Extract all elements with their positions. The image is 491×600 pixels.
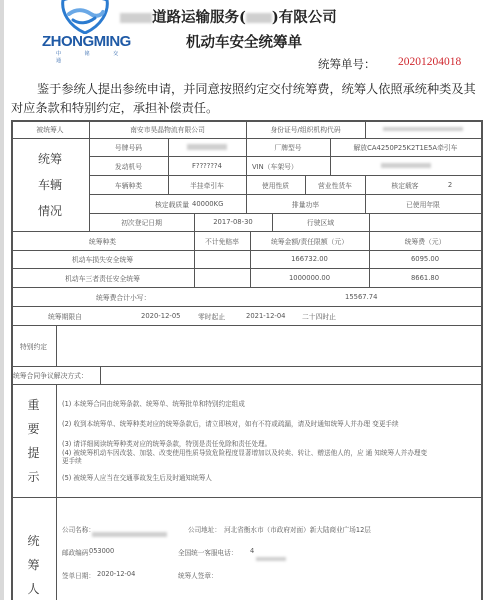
issuer-address-value: 河北省衡水市（市政府对面）新大陆商业广场12层: [224, 524, 371, 534]
insured-label: 被统筹人: [11, 120, 89, 138]
issuer-hotline-value: 4: [250, 547, 254, 555]
vin-value: [330, 156, 481, 175]
notice-item: (2) 收到本统筹单、统筹种类对应的统筹条款后，请立即核对，如有不符或疏漏，请及…: [62, 418, 399, 428]
period-label: 统筹期限自: [48, 306, 108, 325]
coverage-row-type: 机动车三者责任安全统筹: [11, 268, 194, 287]
period-start-suffix: 零时起止: [198, 306, 238, 325]
notice-item: (5) 被统筹人应当在交通事故发生后及时通知统筹人: [62, 472, 212, 482]
issuer-company-label: 公司名称：: [62, 524, 95, 534]
dispute-label: 统筹合同争议解决方式：: [11, 366, 98, 384]
redacted-region: [92, 532, 167, 537]
vehicle-section-label: 统筹 车辆 情况: [11, 138, 89, 231]
plate-label: 号牌号码: [89, 138, 168, 156]
id-label: 身份证号/组织机构代码: [246, 120, 365, 138]
issuer-address-label: 公司地址：: [188, 524, 221, 534]
notice-item: (4) 被统筹机动车因改装、加装、改变使用性质导致危险程度显著增加以及转卖、转让…: [62, 447, 427, 457]
issuer-label-char: 筹: [27, 553, 39, 577]
logo-sub-text: 中 铭 交 通: [56, 50, 135, 64]
coverage-header-deductible: 不计免赔率: [194, 231, 250, 250]
insured-name: 南安市昊晶物流有限公司: [89, 120, 246, 138]
coverage-row-deductible: [194, 268, 250, 287]
issuer-label-char: 人: [27, 577, 39, 600]
period-end: 2021-12-04: [246, 306, 296, 325]
notice-label-char: 要: [27, 417, 39, 441]
engine-value: F??????4: [168, 156, 246, 175]
coverage-row-type: 机动车损失安全统筹: [11, 250, 194, 268]
redacted-region: [256, 557, 286, 561]
mass-value: 40000KG: [192, 194, 242, 213]
type-label: 车辆种类: [89, 175, 168, 194]
company-name-suffix: )有限公司: [272, 9, 337, 26]
issuer-hotline-label: 全国统一客服电话：: [178, 547, 237, 557]
dispute-value[interactable]: [101, 366, 481, 384]
company-name: 道路运输服务()有限公司: [120, 6, 337, 27]
vehicle-label-line2: 车辆: [38, 172, 62, 198]
vin-label: VIN（车架号）: [246, 156, 336, 175]
reg-date-value: 2017-08-30: [194, 213, 272, 231]
vehicle-label-line3: 情况: [38, 198, 62, 224]
area-value: [369, 213, 481, 231]
redacted-region: [187, 144, 227, 150]
notice-label-char: 示: [27, 465, 39, 489]
period-end-suffix: 二十四时止: [302, 306, 352, 325]
vehicle-label-line1: 统筹: [38, 146, 62, 172]
issuer-date-value: 2020-12-04: [97, 570, 135, 578]
seats-value: 2: [440, 175, 460, 194]
doc-number-label: 统筹单号：: [318, 56, 376, 72]
redacted-region: [120, 13, 152, 23]
engine-label: 发动机号: [89, 156, 168, 175]
handshake-shield-icon: [55, 0, 115, 34]
total-value: 15567.74: [345, 287, 395, 306]
use-label: 使用性质: [246, 175, 305, 194]
mass-label: 核定载质量: [89, 194, 191, 213]
redacted-region: [381, 163, 431, 168]
id-value: [365, 120, 481, 138]
issuer-label: 统 筹 人: [11, 525, 56, 600]
coverage-header-amount: 统筹金额/责任限额（元）: [250, 231, 369, 250]
notice-item-continued: 更手续: [62, 455, 82, 465]
seats-label: 核定载客: [365, 175, 445, 194]
logo-brand-text: ZHONGMING: [42, 33, 131, 50]
period-start: 2020-12-05: [141, 306, 191, 325]
coverage-header-fee: 统筹费（元）: [369, 231, 481, 250]
issuer-company-value: [92, 524, 167, 543]
coverage-row-fee: 8661.80: [369, 268, 481, 287]
issuer-postcode-value: 053000: [89, 547, 114, 555]
intro-paragraph: 鉴于参统人提出参统申请，并同意按照约定交付统筹费，统筹人依照承统种类及其对应条款…: [11, 80, 481, 118]
reg-date-label: 初次登记日期: [89, 213, 194, 231]
coverage-header-type: 统筹种类: [11, 231, 194, 250]
coverage-row-amount: 1000000.00: [250, 268, 369, 287]
issuer-date-label: 签单日期：: [62, 570, 95, 580]
notice-item: (1) 本统筹合同由统筹条款、统筹单、统筹批单和特别约定组成: [62, 398, 245, 408]
power-label: 排量功率: [246, 194, 365, 213]
model-value: 解放CA4250P25K2T1E5A牵引车: [330, 138, 481, 156]
type-value: 半挂牵引车: [168, 175, 246, 194]
issuer-seal-label: 统筹人签章：: [178, 570, 218, 580]
notice-label: 重 要 提 示: [11, 384, 56, 497]
use-value: 营业性货车: [305, 175, 365, 194]
page-edge: [0, 0, 4, 600]
special-value[interactable]: [57, 325, 481, 366]
redacted-region: [246, 13, 272, 23]
company-name-main: 道路运输服务(: [152, 9, 246, 26]
total-label: 统筹费合计小写：: [96, 287, 176, 306]
coverage-row-fee: 6095.00: [369, 250, 481, 268]
area-label: 行驶区域: [272, 213, 369, 231]
redacted-region: [383, 127, 463, 131]
plate-value: [168, 138, 246, 156]
coverage-row-deductible: [194, 250, 250, 268]
coverage-row-amount: 166732.00: [250, 250, 369, 268]
notice-label-char: 提: [27, 441, 39, 465]
doc-number-value: 20201204018: [398, 56, 461, 68]
model-label: 厂牌型号: [246, 138, 330, 156]
hotline-redacted: [256, 548, 286, 567]
document-title: 机动车安全统筹单: [186, 31, 302, 52]
special-label: 特别约定: [11, 325, 56, 366]
notice-label-char: 重: [27, 393, 39, 417]
issuer-label-char: 统: [27, 529, 39, 553]
status-value: 已使用年限: [365, 194, 481, 213]
